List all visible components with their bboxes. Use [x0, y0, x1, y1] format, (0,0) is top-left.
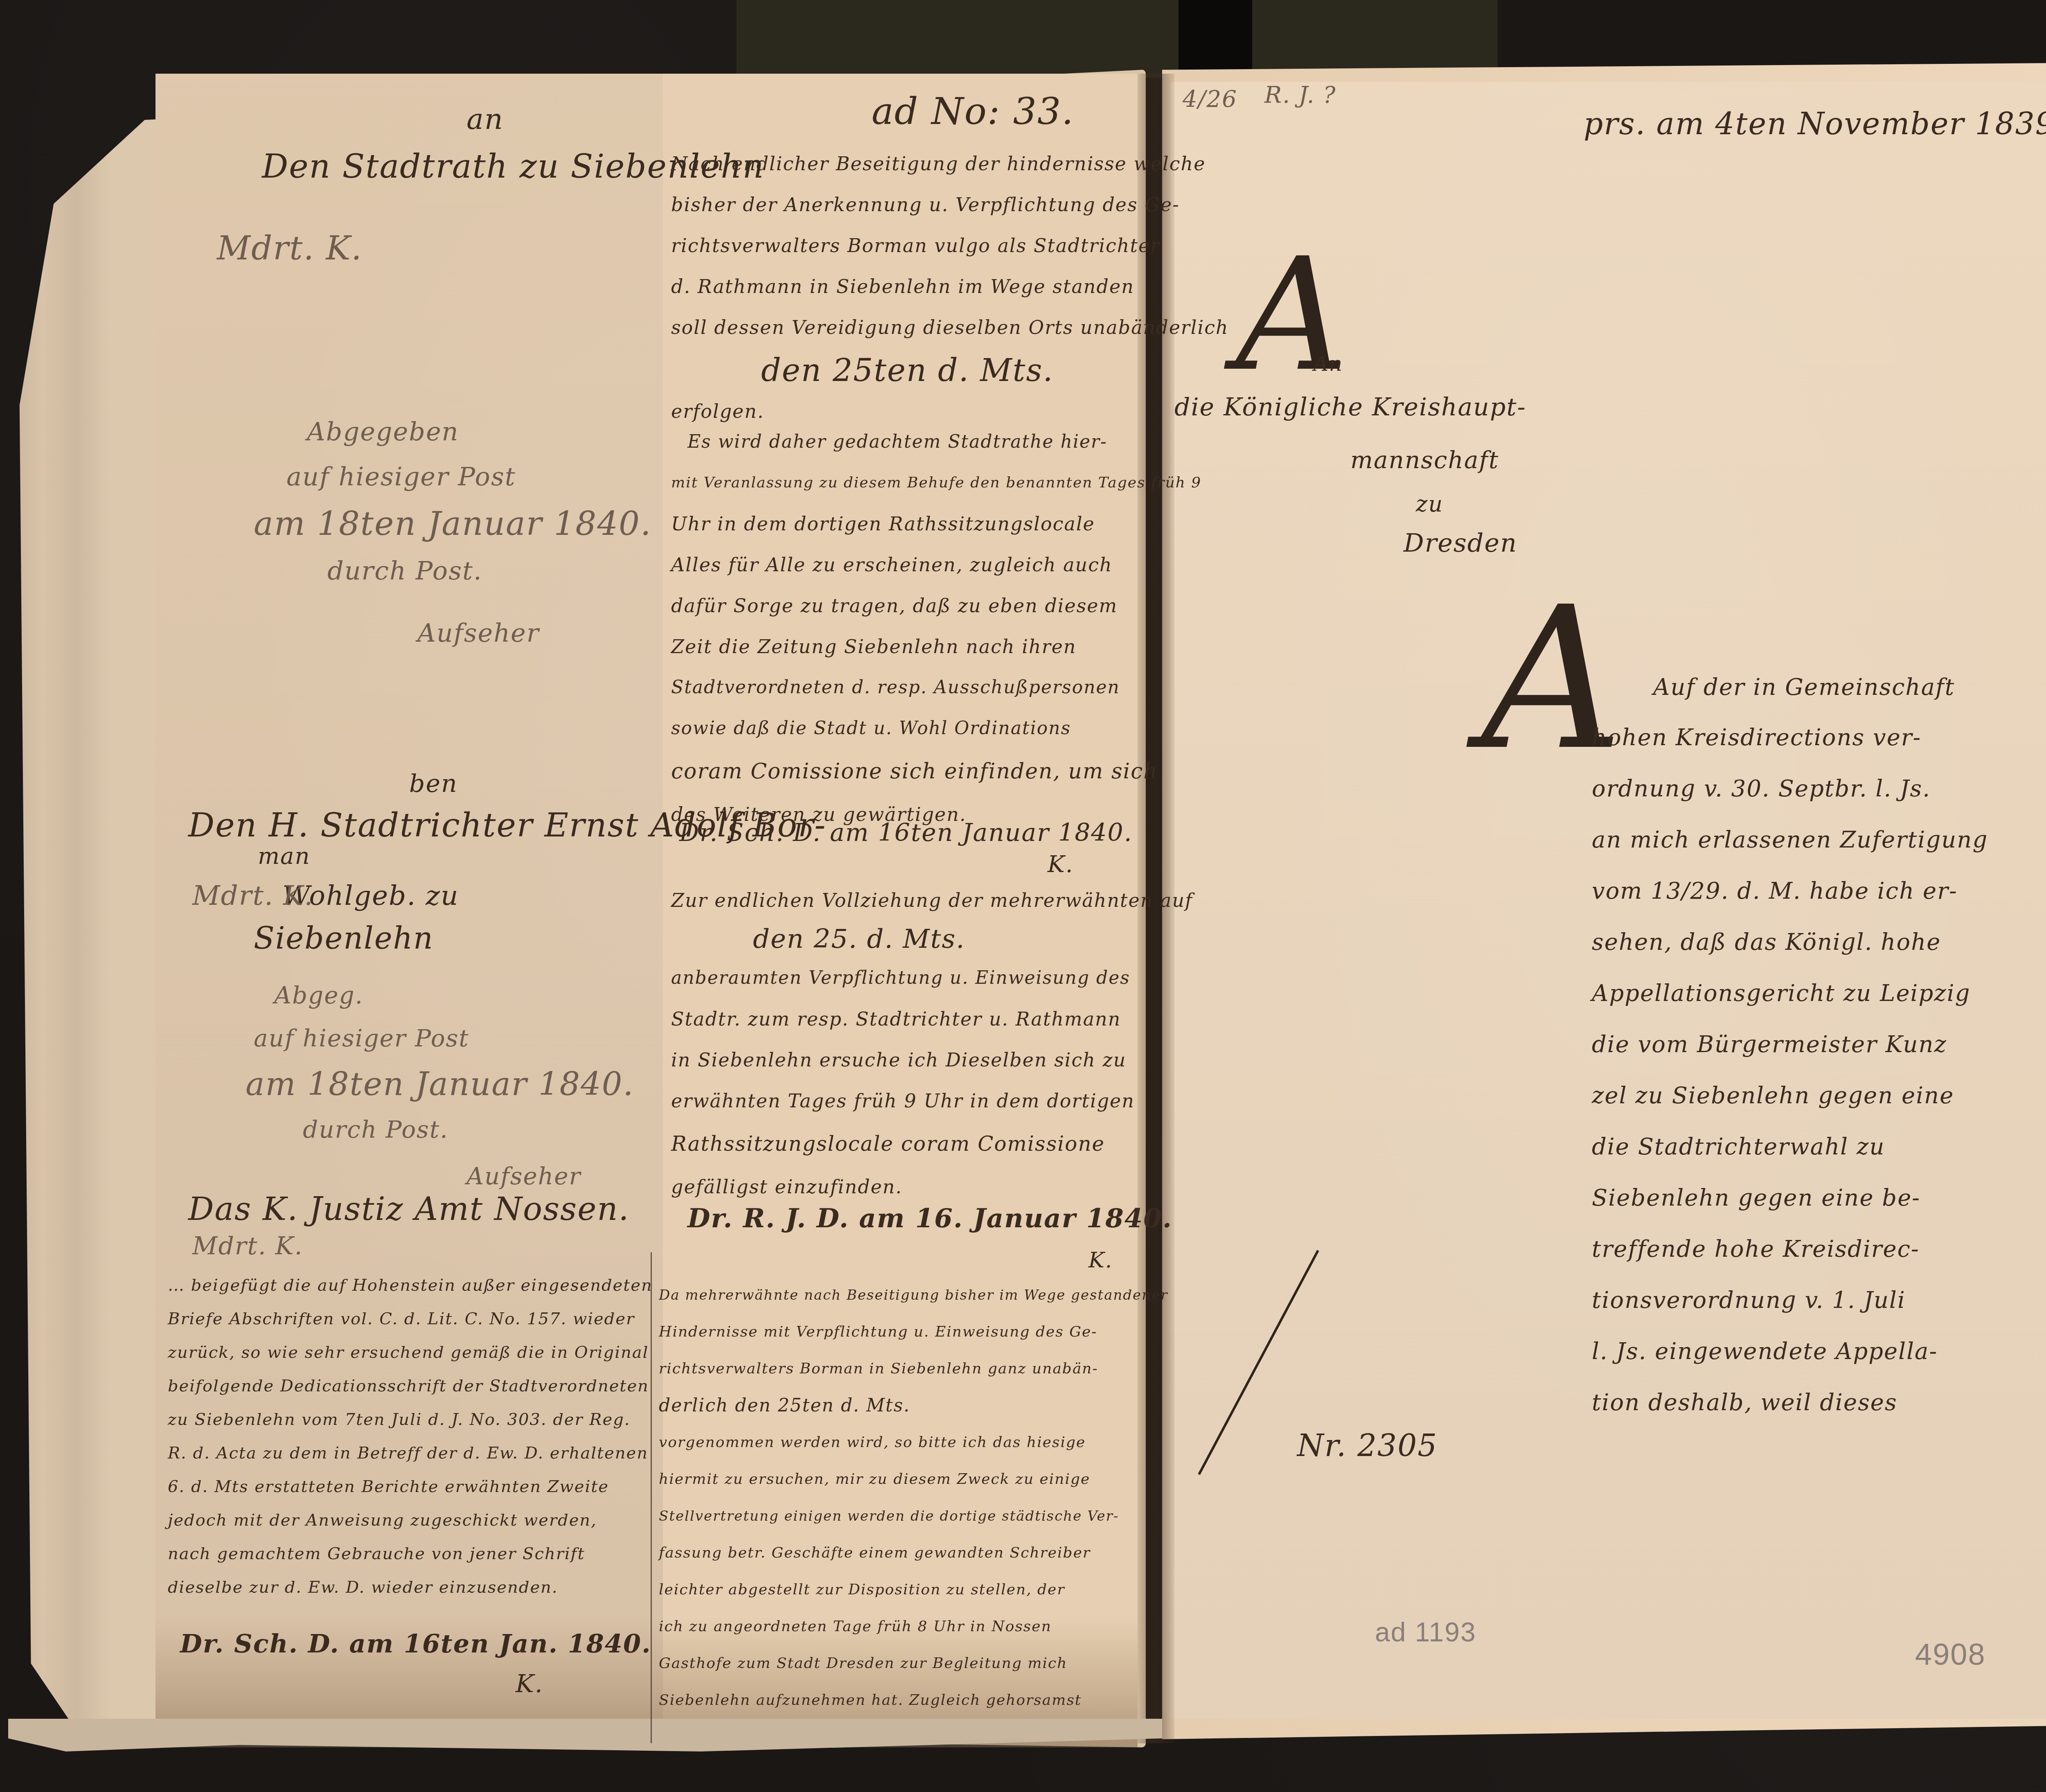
received-stamp: prs. am 4ten November 1839.	[1584, 106, 2046, 142]
initial-2: K.	[1088, 1248, 1113, 1273]
address-line-2: man	[258, 843, 311, 870]
margin-note: Mdrt. K.	[217, 229, 363, 267]
paragraph-3: Zur endlichen Vollziehung der mehrerwähn…	[671, 880, 1193, 1207]
top-note: R. J. ?	[1264, 82, 1336, 108]
address-line-4: Siebenlehn	[254, 921, 434, 956]
signature: Aufseher	[466, 1162, 581, 1190]
closing-line: Dr. Sch. D. am 16ten Jan. 1840.	[180, 1629, 651, 1659]
initial-1: K.	[1048, 851, 1074, 878]
address-line-2: die Königliche Kreishaupt-	[1174, 393, 1526, 422]
pencil-archive-number: 4908	[1915, 1637, 1986, 1672]
dispatch-block: Abgegeben auf hiesiger Post am 18ten Jan…	[254, 409, 651, 593]
address-line-5: Dresden	[1404, 528, 1517, 558]
entry-body: … beigefügt die auf Hohenstein außer ein…	[168, 1269, 653, 1604]
address-line: Das K. Justiz Amt Nossen.	[188, 1191, 629, 1228]
column-divider	[651, 1252, 652, 1743]
body-lines: Auf der in Gemeinschaft hohen Kreisdirec…	[1592, 663, 1988, 1428]
closing-line-1: Dr. Sch. D. am 16ten Januar 1840.	[679, 818, 1133, 847]
closing-line-2: Dr. R. J. D. am 16. Januar 1840.	[687, 1203, 1172, 1234]
heading-ad-no: ad No: 33.	[872, 90, 1074, 133]
dispatch-block: Abgeg. auf hiesiger Post am 18ten Januar…	[205, 974, 634, 1150]
margin-note: Mdrt. K.	[192, 880, 313, 911]
margin-note: Mdrt. K.	[192, 1232, 303, 1260]
paragraph-4: Da mehrerwähnte nach Beseitigung bisher …	[659, 1277, 1168, 1719]
top-note-fraction: 4/26	[1183, 86, 1237, 113]
signature: Aufseher	[417, 618, 539, 648]
address-superscript: an	[466, 102, 504, 136]
initial: K.	[516, 1670, 543, 1698]
address-line-4: zu	[1416, 491, 1443, 517]
book-cover-top-left	[737, 0, 1178, 78]
pencil-note-ad: ad 1193	[1375, 1616, 1476, 1648]
address-superscript: ben	[409, 769, 458, 798]
paragraph-1: Nach endlicher Beseitigung der hindernis…	[671, 143, 1229, 430]
address-line-1: An	[1314, 352, 1343, 376]
book-cover-top-right	[1252, 0, 1498, 78]
address-line-3: mannschaft	[1350, 446, 1499, 474]
paragraph-2: Es wird daher gedachtem Stadtrathe hier-…	[671, 422, 1201, 835]
registry-number: Nr. 2305	[1297, 1428, 1438, 1463]
